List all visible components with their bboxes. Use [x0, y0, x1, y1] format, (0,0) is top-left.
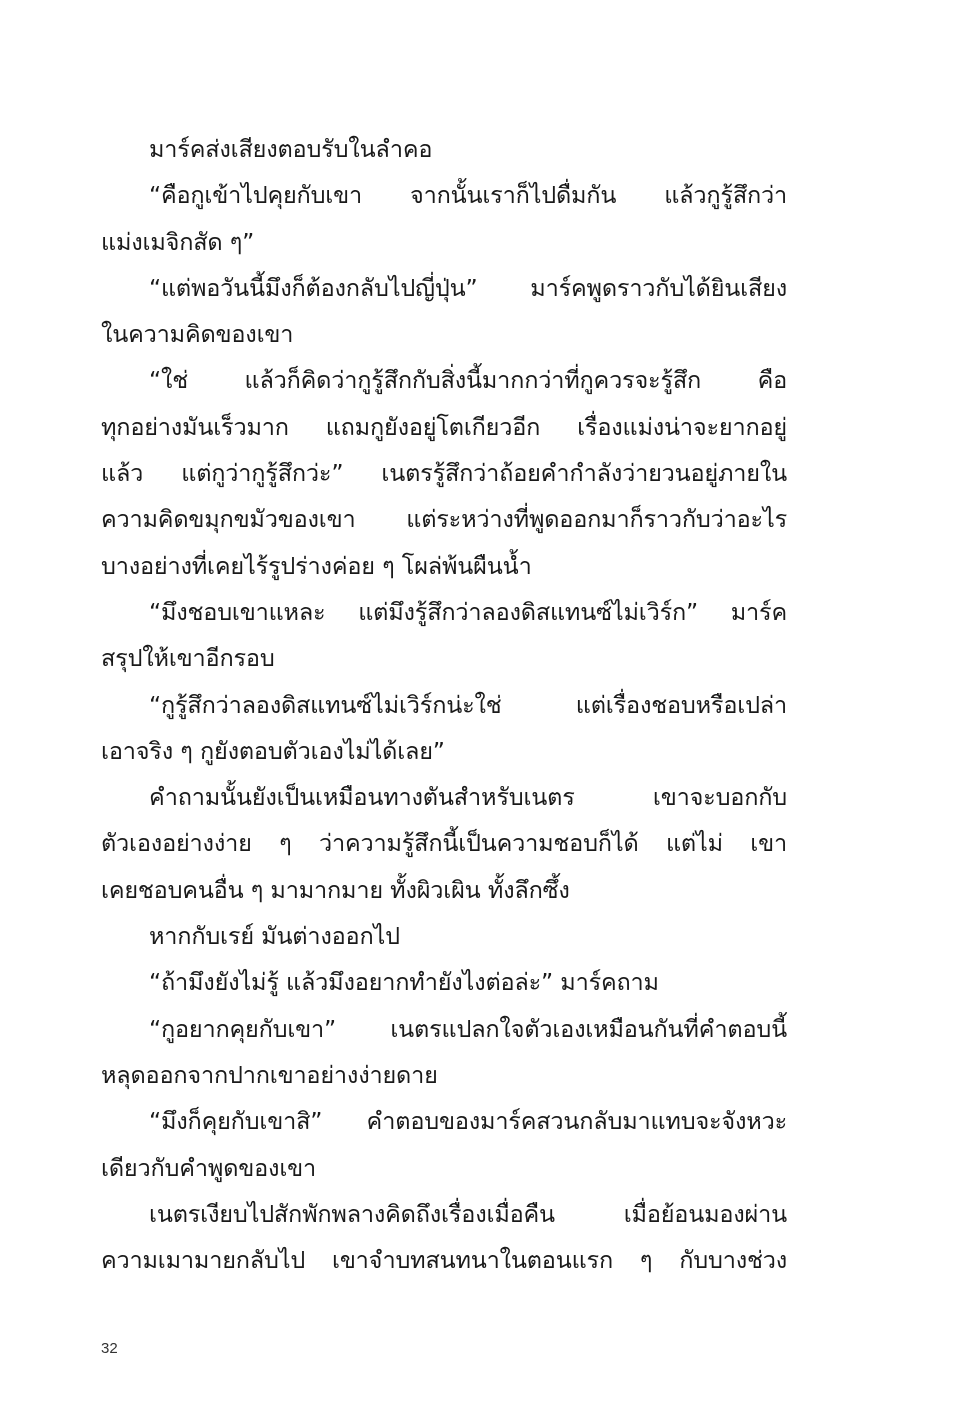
text-line: สรุปให้เขาอีกรอบ	[101, 635, 787, 681]
text-line: ทุกอย่างมันเร็วมาก แถมกูยังอยู่โตเกียวอี…	[101, 404, 787, 450]
page-number: 32	[101, 1340, 118, 1357]
text-line: “มึงชอบเขาแหละ แต่มึงรู้สึกว่าลองดิสแทนซ…	[101, 589, 787, 635]
text-line: “กูรู้สึกว่าลองดิสแทนซ์ไม่เวิร์กน่ะใช่ แ…	[101, 682, 787, 728]
text-line: “คือกูเข้าไปคุยกับเขา จากนั้นเราก็ไปดื่ม…	[101, 172, 787, 218]
text-line: มาร์คส่งเสียงตอบรับในลำคอ	[101, 126, 787, 172]
text-line: ความคิดขมุกขมัวของเขา แต่ระหว่างที่พูดออ…	[101, 496, 787, 542]
text-line: “แต่พอวันนี้มึงก็ต้องกลับไปญี่ปุ่น” มาร์…	[101, 265, 787, 311]
text-line: “มึงก็คุยกับเขาสิ” คำตอบของมาร์คสวนกลับม…	[101, 1098, 787, 1144]
text-line: หากกับเรย์ มันต่างออกไป	[101, 913, 787, 959]
text-line: เอาจริง ๆ กูยังตอบตัวเองไม่ได้เลย”	[101, 728, 787, 774]
text-line: “ถ้ามึงยังไม่รู้ แล้วมึงอยากทำยังไงต่อล่…	[101, 959, 787, 1005]
text-line: ความเมามายกลับไป เขาจำบทสนทนาในตอนแรก ๆ …	[101, 1237, 787, 1283]
book-page: มาร์คส่งเสียงตอบรับในลำคอ “คือกูเข้าไปคุ…	[0, 0, 967, 1407]
text-line: แม่งเมจิกสัด ๆ”	[101, 219, 787, 265]
text-line: เคยชอบคนอื่น ๆ มามากมาย ทั้งผิวเผิน ทั้ง…	[101, 867, 787, 913]
text-line: บางอย่างที่เคยไร้รูปร่างค่อย ๆ โผล่พ้นผื…	[101, 543, 787, 589]
body-text: มาร์คส่งเสียงตอบรับในลำคอ “คือกูเข้าไปคุ…	[101, 126, 787, 1283]
text-line: ตัวเองอย่างง่าย ๆ ว่าความรู้สึกนี้เป็นคว…	[101, 820, 787, 866]
text-line: คำถามนั้นยังเป็นเหมือนทางตันสำหรับเนตร เ…	[101, 774, 787, 820]
text-line: เดียวกับคำพูดของเขา	[101, 1145, 787, 1191]
text-line: เนตรเงียบไปสักพักพลางคิดถึงเรื่องเมื่อคื…	[101, 1191, 787, 1237]
text-line: แล้ว แต่กูว่ากูรู้สึกว่ะ” เนตรรู้สึกว่าถ…	[101, 450, 787, 496]
text-line: “ใช่ แล้วก็คิดว่ากูรู้สึกกับสิ่งนี้มากกว…	[101, 357, 787, 403]
text-line: “กูอยากคุยกับเขา” เนตรแปลกใจตัวเองเหมือน…	[101, 1006, 787, 1052]
text-line: ในความคิดของเขา	[101, 311, 787, 357]
text-line: หลุดออกจากปากเขาอย่างง่ายดาย	[101, 1052, 787, 1098]
